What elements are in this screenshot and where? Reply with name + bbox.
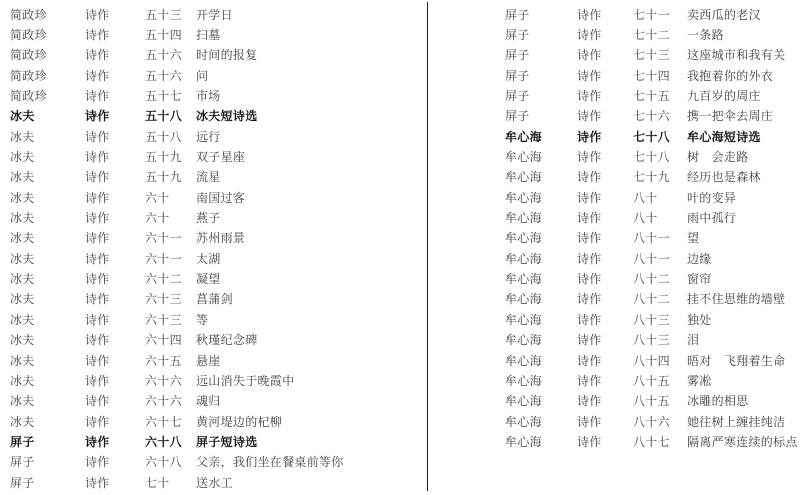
index-row: 冰夫 诗作 六十四 秋瑾纪念碑 [10,330,420,350]
index-row: 牟心海 诗作 八十七 隔离严寒连续的标点 [505,431,798,451]
page-number-cell: 五十九 [145,148,196,165]
genre-cell: 诗作 [85,392,145,409]
genre-cell: 诗作 [577,413,633,430]
poem-title-cell: 望 [687,229,798,246]
poem-title-cell: 携一把伞去周庄 [687,107,798,124]
author-cell: 冰夫 [10,331,85,348]
index-row: 冰夫 诗作 六十七 黄河堤边的杞柳 [10,411,420,431]
author-cell: 简政珍 [10,46,85,63]
page-number-cell: 七十八 [633,148,687,165]
genre-cell: 诗作 [85,352,145,369]
genre-cell: 诗作 [85,67,145,84]
author-cell: 牟心海 [505,229,577,246]
page-number-cell: 五十七 [145,87,196,104]
page-number-cell: 五十八 [145,107,196,124]
author-cell: 牟心海 [505,209,577,226]
genre-cell: 诗作 [577,270,633,287]
genre-cell: 诗作 [85,453,145,470]
genre-cell: 诗作 [577,26,633,43]
genre-cell: 诗作 [85,270,145,287]
author-cell: 牟心海 [505,189,577,206]
genre-cell: 诗作 [85,331,145,348]
index-row: 牟心海 诗作 八十五 冰雕的相思 [505,391,798,411]
page-number-cell: 八十五 [633,392,687,409]
page-number-cell: 八十六 [633,413,687,430]
index-row: 简政珍 诗作 五十六 时间的报复 [10,45,420,65]
index-row: 屏子 诗作 七十六 携一把伞去周庄 [505,106,798,126]
index-row: 屏子 诗作 七十三 这座城市和我有关 [505,45,798,65]
poem-title-cell: 这座城市和我有关 [687,46,798,63]
poem-title-cell: 冰夫短诗选 [196,107,420,124]
author-cell: 冰夫 [10,250,85,267]
index-row: 牟心海 诗作 八十一 边缘 [505,248,798,268]
page-number-cell: 六十八 [145,453,196,470]
page-number-cell: 七十一 [633,6,687,23]
genre-cell: 诗作 [85,229,145,246]
genre-cell: 诗作 [577,352,633,369]
poem-title-cell: 凝望 [196,270,420,287]
author-cell: 屏子 [10,453,85,470]
poem-title-cell: 黄河堤边的杞柳 [196,413,420,430]
author-cell: 冰夫 [10,352,85,369]
poem-title-cell: 隔离严寒连续的标点 [687,433,798,450]
genre-cell: 诗作 [85,413,145,430]
genre-cell: 诗作 [85,128,145,145]
poem-title-cell: 屏子短诗选 [196,433,420,450]
document-page: 简政珍 诗作 五十三 开学日 简政珍 诗作 五十四 扫墓 简政珍 诗作 五十六 … [0,0,800,495]
poem-title-cell: 牟心海短诗选 [687,128,798,145]
genre-cell: 诗作 [577,250,633,267]
index-row: 冰夫 诗作 五十九 流星 [10,167,420,187]
poem-title-cell: 一条路 [687,26,798,43]
index-row: 屏子 诗作 七十五 九百岁的周庄 [505,85,798,105]
genre-cell: 诗作 [577,107,633,124]
page-number-cell: 五十八 [145,128,196,145]
author-cell: 屏子 [10,474,85,491]
poem-title-cell: 时间的报复 [196,46,420,63]
page-number-cell: 八十七 [633,433,687,450]
genre-cell: 诗作 [577,331,633,348]
index-row: 屏子 诗作 六十八 父亲，我们坐在餐桌前等你 [10,452,420,472]
author-cell: 屏子 [505,26,577,43]
index-row: 简政珍 诗作 五十四 扫墓 [10,24,420,44]
author-cell: 牟心海 [505,128,577,145]
author-cell: 屏子 [505,107,577,124]
author-cell: 牟心海 [505,392,577,409]
index-row: 屏子 诗作 七十一 卖西瓜的老汉 [505,4,798,24]
poem-title-cell: 雾凇 [687,372,798,389]
author-cell: 牟心海 [505,270,577,287]
poem-title-cell: 双子星座 [196,148,420,165]
page-number-cell: 八十 [633,209,687,226]
poem-title-cell: 菖蒲剑 [196,290,420,307]
page-number-cell: 八十二 [633,270,687,287]
index-row: 牟心海 诗作 八十 雨中孤行 [505,207,798,227]
author-cell: 牟心海 [505,290,577,307]
page-number-cell: 七十四 [633,67,687,84]
genre-cell: 诗作 [577,229,633,246]
index-row: 冰夫 诗作 六十三 等 [10,309,420,329]
poem-title-cell: 冰雕的相思 [687,392,798,409]
page-number-cell: 七十 [145,474,196,491]
author-cell: 屏子 [505,6,577,23]
page-number-cell: 六十 [145,189,196,206]
page-number-cell: 八十一 [633,250,687,267]
index-row: 冰夫 诗作 六十一 苏州雨景 [10,228,420,248]
genre-cell: 诗作 [85,250,145,267]
index-row: 牟心海 诗作 八十 叶的变异 [505,187,798,207]
poem-title-cell: 卖西瓜的老汉 [687,6,798,23]
poem-title-cell: 雨中孤行 [687,209,798,226]
author-cell: 简政珍 [10,6,85,23]
genre-cell: 诗作 [577,148,633,165]
page-number-cell: 五十四 [145,26,196,43]
page-number-cell: 六十七 [145,413,196,430]
page-number-cell: 六十二 [145,270,196,287]
index-row: 牟心海 诗作 七十八 树 会走路 [505,146,798,166]
genre-cell: 诗作 [577,128,633,145]
author-cell: 牟心海 [505,250,577,267]
author-cell: 屏子 [505,87,577,104]
poem-title-cell: 问 [196,67,420,84]
index-row: 冰夫 诗作 五十八 冰夫短诗选 [10,106,420,126]
index-row: 冰夫 诗作 五十八 远行 [10,126,420,146]
index-row: 牟心海 诗作 八十二 挂不住思维的墙壁 [505,289,798,309]
page-number-cell: 六十一 [145,250,196,267]
author-cell: 冰夫 [10,168,85,185]
page-number-cell: 七十五 [633,87,687,104]
author-cell: 冰夫 [10,148,85,165]
poem-title-cell: 父亲，我们坐在餐桌前等你 [196,453,420,470]
page-number-cell: 五十九 [145,168,196,185]
genre-cell: 诗作 [85,107,145,124]
genre-cell: 诗作 [577,189,633,206]
index-row: 冰夫 诗作 六十三 菖蒲剑 [10,289,420,309]
author-cell: 冰夫 [10,128,85,145]
poem-title-cell: 叶的变异 [687,189,798,206]
poem-title-cell: 远行 [196,128,420,145]
author-cell: 牟心海 [505,331,577,348]
page-number-cell: 七十二 [633,26,687,43]
genre-cell: 诗作 [577,433,633,450]
index-row: 简政珍 诗作 五十三 开学日 [10,4,420,24]
page-number-cell: 八十四 [633,352,687,369]
poem-title-cell: 边缘 [687,250,798,267]
genre-cell: 诗作 [85,372,145,389]
genre-cell: 诗作 [85,168,145,185]
page-number-cell: 六十三 [145,290,196,307]
page-number-cell: 八十二 [633,290,687,307]
poem-title-cell: 九百岁的周庄 [687,87,798,104]
poem-title-cell: 燕子 [196,209,420,226]
right-column: 屏子 诗作 七十一 卖西瓜的老汉 屏子 诗作 七十二 一条路 屏子 诗作 七十三… [505,4,798,452]
index-row: 牟心海 诗作 七十八 牟心海短诗选 [505,126,798,146]
poem-title-cell: 等 [196,311,420,328]
index-row: 屏子 诗作 七十 送水工 [10,472,420,492]
page-number-cell: 七十八 [633,128,687,145]
poem-title-cell: 流星 [196,168,420,185]
page-number-cell: 六十五 [145,352,196,369]
index-row: 简政珍 诗作 五十六 问 [10,65,420,85]
author-cell: 简政珍 [10,67,85,84]
index-row: 冰夫 诗作 六十 燕子 [10,207,420,227]
genre-cell: 诗作 [85,87,145,104]
poem-title-cell: 扫墓 [196,26,420,43]
page-number-cell: 六十八 [145,433,196,450]
index-row: 牟心海 诗作 八十五 雾凇 [505,370,798,390]
page-number-cell: 八十三 [633,311,687,328]
genre-cell: 诗作 [577,168,633,185]
poem-title-cell: 经历也是森林 [687,168,798,185]
poem-title-cell: 开学日 [196,6,420,23]
index-row: 牟心海 诗作 八十二 窗帘 [505,268,798,288]
poem-title-cell: 树 会走路 [687,148,798,165]
index-row: 简政珍 诗作 五十七 市场 [10,85,420,105]
page-number-cell: 六十四 [145,331,196,348]
poem-title-cell: 挂不住思维的墙壁 [687,290,798,307]
poem-title-cell: 晤对 飞翔着生命 [687,352,798,369]
index-row: 冰夫 诗作 六十一 太湖 [10,248,420,268]
genre-cell: 诗作 [577,46,633,63]
genre-cell: 诗作 [577,290,633,307]
index-row: 牟心海 诗作 八十三 泪 [505,330,798,350]
page-number-cell: 六十六 [145,392,196,409]
column-divider-line [427,2,428,491]
author-cell: 冰夫 [10,189,85,206]
poem-title-cell: 苏州雨景 [196,229,420,246]
index-row: 牟心海 诗作 七十九 经历也是森林 [505,167,798,187]
author-cell: 牟心海 [505,413,577,430]
index-row: 冰夫 诗作 六十六 魂归 [10,391,420,411]
page-number-cell: 五十六 [145,46,196,63]
genre-cell: 诗作 [577,67,633,84]
genre-cell: 诗作 [85,290,145,307]
genre-cell: 诗作 [577,209,633,226]
poem-title-cell: 太湖 [196,250,420,267]
genre-cell: 诗作 [85,46,145,63]
genre-cell: 诗作 [85,209,145,226]
index-row: 牟心海 诗作 八十一 望 [505,228,798,248]
author-cell: 冰夫 [10,290,85,307]
author-cell: 冰夫 [10,311,85,328]
index-row: 牟心海 诗作 八十六 她往树上缠挂纯洁 [505,411,798,431]
author-cell: 屏子 [505,67,577,84]
index-row: 冰夫 诗作 六十五 悬崖 [10,350,420,370]
page-number-cell: 五十六 [145,67,196,84]
genre-cell: 诗作 [85,6,145,23]
page-number-cell: 七十九 [633,168,687,185]
page-number-cell: 六十一 [145,229,196,246]
author-cell: 简政珍 [10,26,85,43]
genre-cell: 诗作 [85,311,145,328]
genre-cell: 诗作 [577,392,633,409]
genre-cell: 诗作 [577,372,633,389]
genre-cell: 诗作 [85,148,145,165]
poem-title-cell: 远山消失于晚霞中 [196,372,420,389]
author-cell: 冰夫 [10,413,85,430]
author-cell: 牟心海 [505,433,577,450]
author-cell: 牟心海 [505,168,577,185]
genre-cell: 诗作 [577,87,633,104]
author-cell: 冰夫 [10,107,85,124]
page-number-cell: 八十一 [633,229,687,246]
genre-cell: 诗作 [577,6,633,23]
index-row: 冰夫 诗作 六十 南国过客 [10,187,420,207]
page-number-cell: 六十三 [145,311,196,328]
genre-cell: 诗作 [85,26,145,43]
genre-cell: 诗作 [85,474,145,491]
index-row: 冰夫 诗作 六十二 凝望 [10,268,420,288]
index-row: 屏子 诗作 六十八 屏子短诗选 [10,431,420,451]
genre-cell: 诗作 [85,189,145,206]
page-number-cell: 六十六 [145,372,196,389]
page-number-cell: 八十 [633,189,687,206]
left-column: 简政珍 诗作 五十三 开学日 简政珍 诗作 五十四 扫墓 简政珍 诗作 五十六 … [10,4,420,492]
author-cell: 牟心海 [505,372,577,389]
author-cell: 冰夫 [10,392,85,409]
author-cell: 牟心海 [505,148,577,165]
index-row: 屏子 诗作 七十四 我抱着你的外衣 [505,65,798,85]
index-row: 屏子 诗作 七十二 一条路 [505,24,798,44]
author-cell: 简政珍 [10,87,85,104]
poem-title-cell: 悬崖 [196,352,420,369]
page-number-cell: 五十三 [145,6,196,23]
poem-title-cell: 魂归 [196,392,420,409]
index-row: 牟心海 诗作 八十四 晤对 飞翔着生命 [505,350,798,370]
page-number-cell: 七十三 [633,46,687,63]
author-cell: 冰夫 [10,270,85,287]
index-row: 牟心海 诗作 八十三 独处 [505,309,798,329]
author-cell: 屏子 [505,46,577,63]
poem-title-cell: 她往树上缠挂纯洁 [687,413,798,430]
poem-title-cell: 泪 [687,331,798,348]
poem-title-cell: 秋瑾纪念碑 [196,331,420,348]
author-cell: 牟心海 [505,311,577,328]
page-number-cell: 八十五 [633,372,687,389]
author-cell: 屏子 [10,433,85,450]
author-cell: 牟心海 [505,352,577,369]
page-number-cell: 六十 [145,209,196,226]
poem-title-cell: 窗帘 [687,270,798,287]
poem-title-cell: 市场 [196,87,420,104]
poem-title-cell: 南国过客 [196,189,420,206]
page-number-cell: 八十三 [633,331,687,348]
index-row: 冰夫 诗作 五十九 双子星座 [10,146,420,166]
poem-title-cell: 我抱着你的外衣 [687,67,798,84]
index-row: 冰夫 诗作 六十六 远山消失于晚霞中 [10,370,420,390]
poem-title-cell: 独处 [687,311,798,328]
genre-cell: 诗作 [85,433,145,450]
poem-title-cell: 送水工 [196,474,420,491]
author-cell: 冰夫 [10,229,85,246]
page-number-cell: 七十六 [633,107,687,124]
author-cell: 冰夫 [10,209,85,226]
genre-cell: 诗作 [577,311,633,328]
author-cell: 冰夫 [10,372,85,389]
